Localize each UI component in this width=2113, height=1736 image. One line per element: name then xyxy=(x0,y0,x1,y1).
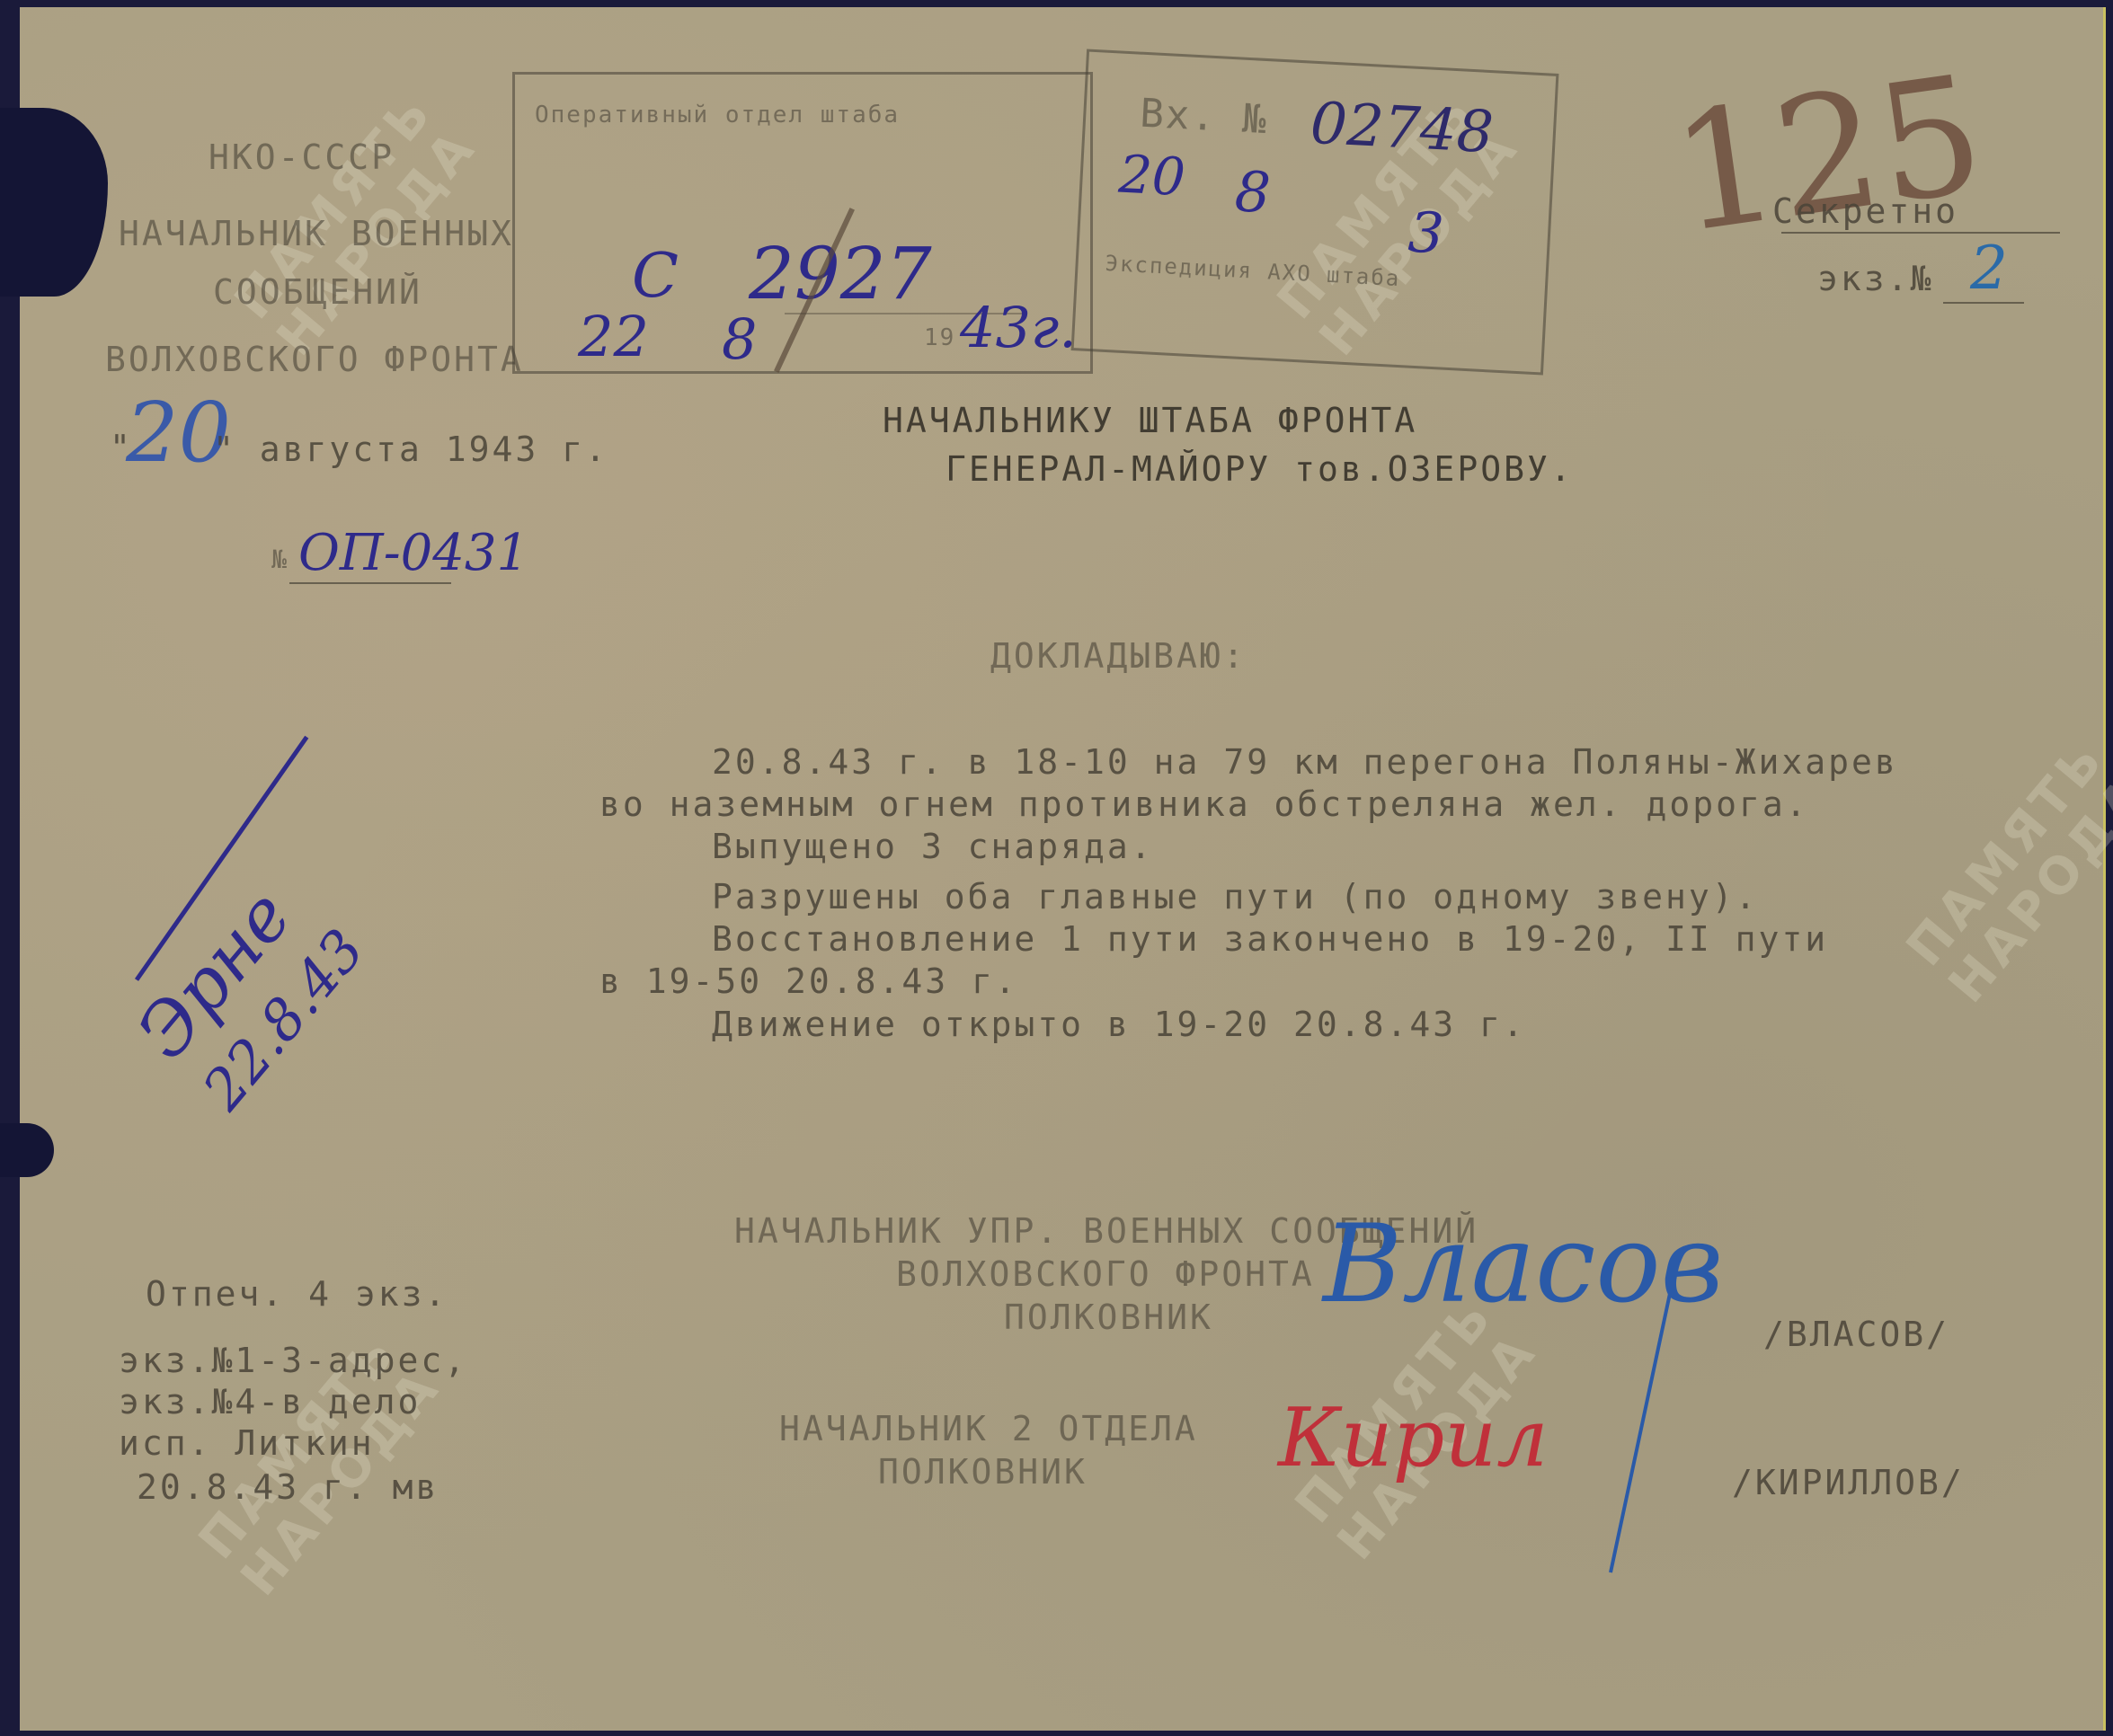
document-page: ПАМЯТЬ НАРОДА ПАМЯТЬ НАРОДА ПАМЯТЬ НАРОД… xyxy=(20,7,2106,1731)
header-line: СООБЩЕНИЙ xyxy=(213,272,422,312)
body-line: Выпущено 3 снаряда. xyxy=(712,827,1154,866)
header-line: НКО-СССР xyxy=(209,137,395,177)
registration-stamp-incoming: Вх. № 02748 20 8 3 Экспедиция АХО штаба xyxy=(1071,49,1559,375)
signature-stroke xyxy=(1609,1291,1672,1573)
watermark: ПАМЯТЬ НАРОДА xyxy=(1896,730,2113,1013)
header-line: ВОЛХОВСКОГО ФРОНТА xyxy=(105,340,524,379)
body-line: Восстановление 1 пути закончено в 19-20,… xyxy=(712,919,1828,959)
name-vlasov: /ВЛАСОВ/ xyxy=(1763,1315,1949,1354)
body-line: в 19-50 20.8.43 г. xyxy=(599,961,1018,1001)
torn-edge xyxy=(0,1123,54,1177)
copy-number: 2 xyxy=(1970,234,2008,303)
body-line: Движение открыто в 19-20 20.8.43 г. xyxy=(712,1005,1526,1044)
pencil-mark: 125 xyxy=(1662,40,1993,270)
registration-stamp-outgoing: Оперативный отдел штаба С 2927 22 8 19 4… xyxy=(512,72,1093,374)
header-line: НАЧАЛЬНИК ВОЕННЫХ xyxy=(119,214,514,253)
body-line: 20.8.43 г. в 18-10 на 79 км перегона Пол… xyxy=(712,742,1898,782)
handwritten-number: ОП-0431 xyxy=(298,524,528,582)
signature-kirillov: Кирил xyxy=(1278,1391,1549,1485)
body-line: во наземным огнем противника обстреляна … xyxy=(599,784,1809,824)
report-heading: ДОКЛАДЫВАЮ: xyxy=(990,636,1247,676)
secret-mark: Секретно xyxy=(1772,191,1958,231)
body-line: Разрушены оба главные пути (по одному зв… xyxy=(712,877,1759,917)
copy-label: экз.№ xyxy=(1817,259,1933,298)
name-kirillov: /КИРИЛЛОВ/ xyxy=(1732,1463,1965,1502)
signature-vlasov: Власов xyxy=(1323,1202,1723,1327)
